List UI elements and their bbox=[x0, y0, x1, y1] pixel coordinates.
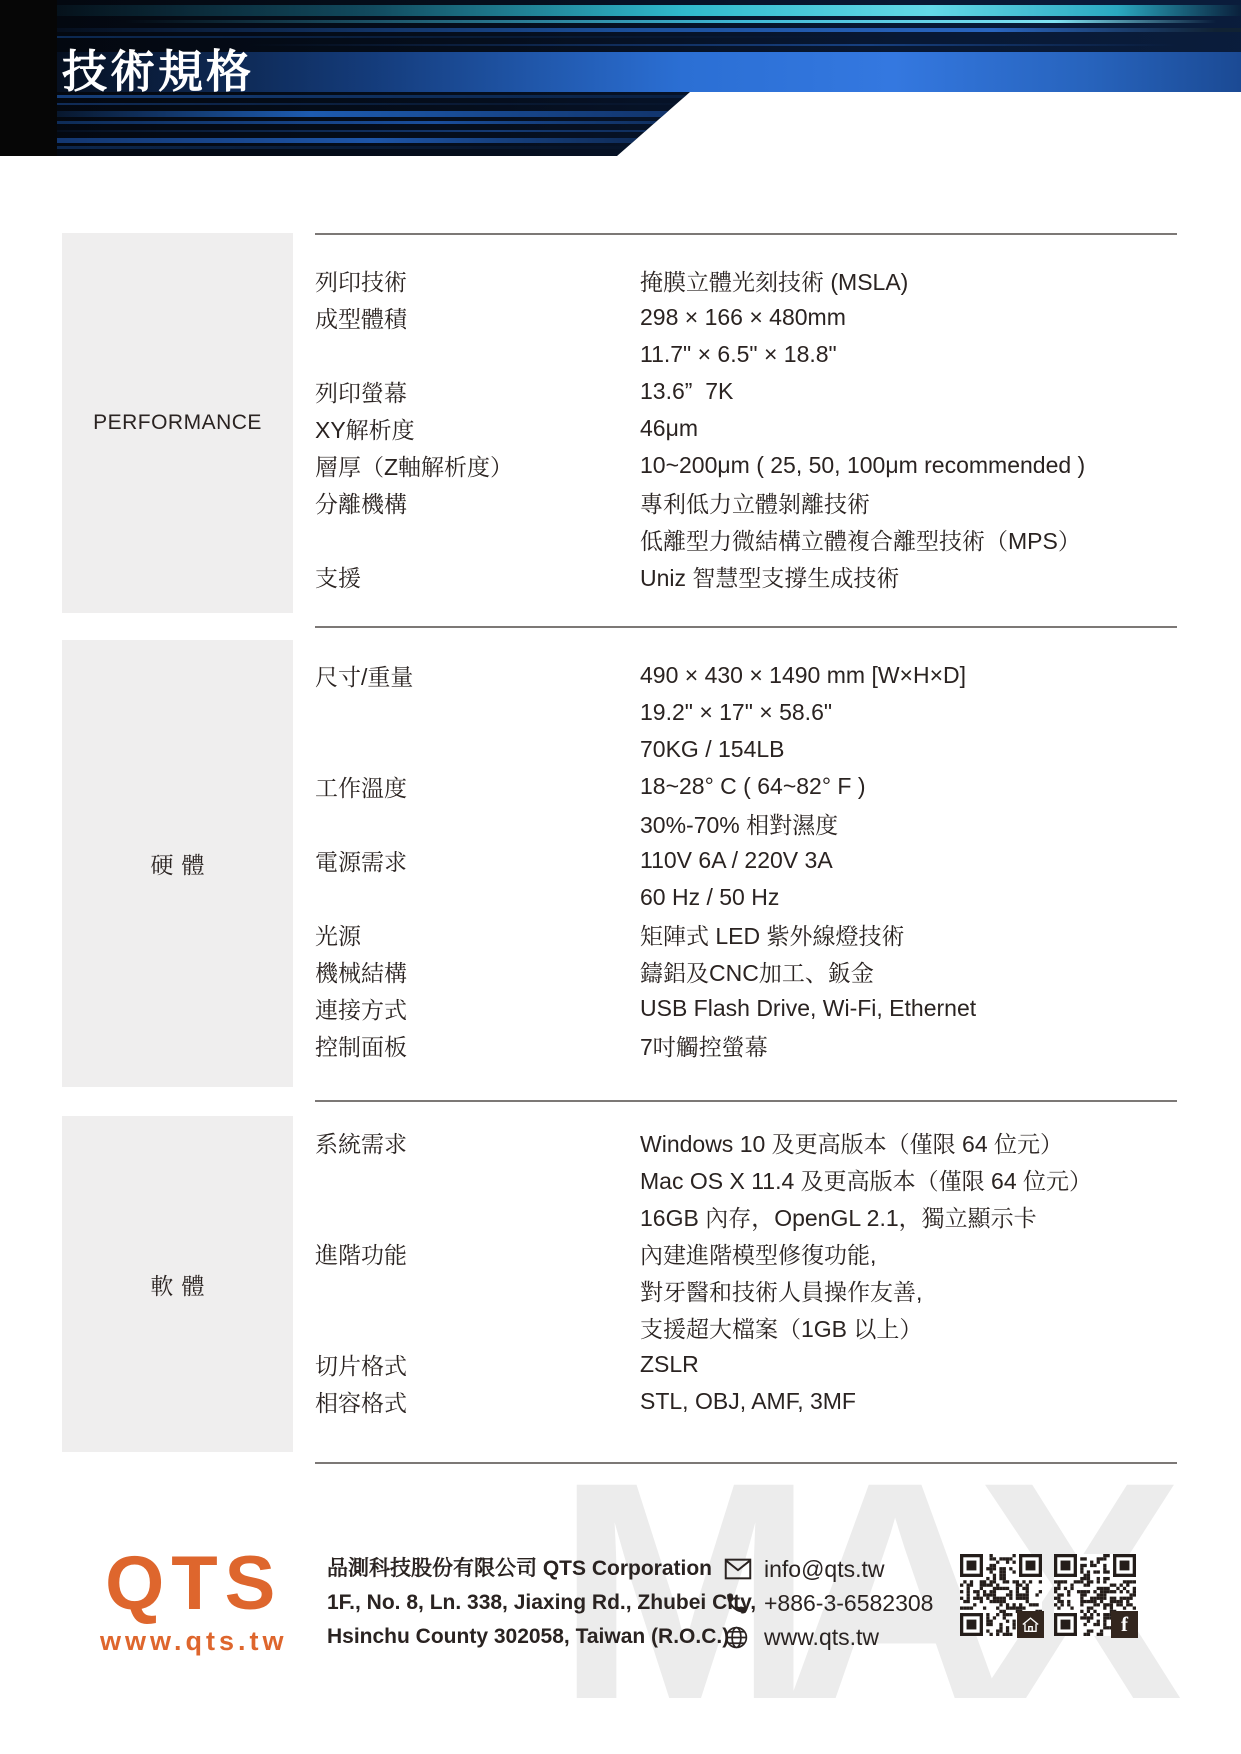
spec-row-value: 低離型力微結構立體複合離型技術（MPS） bbox=[640, 523, 1177, 556]
phone-icon bbox=[724, 1590, 752, 1616]
spec-row-value: 支援超大檔案（1GB 以上） bbox=[640, 1311, 1177, 1344]
spec-row-label: 尺寸/重量 bbox=[315, 659, 640, 692]
spec-row-value: Uniz 智慧型支撐生成技術 bbox=[640, 560, 1177, 593]
spec-row-value: 11.7" × 6.5" × 18.8" bbox=[640, 341, 1177, 368]
qr-code-facebook: f bbox=[1054, 1554, 1136, 1636]
contact-phone: +886-3-6582308 bbox=[764, 1590, 933, 1617]
section-divider bbox=[315, 1100, 1177, 1102]
spec-row-label: 機械結構 bbox=[315, 955, 640, 988]
banner-streak bbox=[0, 138, 1241, 143]
section-box-hardware: 硬體 bbox=[62, 640, 293, 1087]
banner-streak bbox=[0, 5, 1241, 16]
spec-row-value: 內建進階模型修復功能, bbox=[640, 1237, 1177, 1270]
spec-row-label: 光源 bbox=[315, 918, 640, 951]
contact-email: info@qts.tw bbox=[764, 1556, 885, 1583]
banner-streak bbox=[0, 130, 1241, 132]
spec-row-value: 矩陣式 LED 紫外線燈技術 bbox=[640, 918, 1177, 951]
section-divider bbox=[315, 233, 1177, 235]
spec-sheet-page: 技術規格 MAX PERFORMANCE 硬體 軟體 列印技術掩膜立體光刻技術 … bbox=[0, 0, 1241, 1754]
page-title: 技術規格 bbox=[62, 44, 254, 100]
company-address: 品測科技股份有限公司 QTS Corporation 1F., No. 8, L… bbox=[327, 1552, 756, 1654]
spec-row-value: 70KG / 154LB bbox=[640, 736, 1177, 763]
spec-row-value: 19.2" × 17" × 58.6" bbox=[640, 699, 1177, 726]
section-divider bbox=[315, 1462, 1177, 1464]
spec-row-value: STL, OBJ, AMF, 3MF bbox=[640, 1388, 1177, 1415]
company-name: 品測科技股份有限公司 QTS Corporation bbox=[327, 1552, 756, 1586]
globe-icon bbox=[724, 1624, 752, 1650]
spec-section-software: 系統需求Windows 10 及更高版本（僅限 64 位元）Mac OS X 1… bbox=[315, 1124, 1177, 1420]
spec-row-label: 分離機構 bbox=[315, 486, 640, 519]
spec-row-value: 60 Hz / 50 Hz bbox=[640, 884, 1177, 911]
spec-row-value: 7吋觸控螢幕 bbox=[640, 1029, 1177, 1062]
spec-row-label: 支援 bbox=[315, 560, 640, 593]
banner-streak bbox=[0, 111, 1241, 117]
facebook-icon: f bbox=[1111, 1611, 1138, 1638]
section-box-label: 硬體 bbox=[143, 847, 213, 880]
company-address-line1: 1F., No. 8, Ln. 338, Jiaxing Rd., Zhubei… bbox=[327, 1586, 756, 1620]
spec-row-value: 10~200μm ( 25, 50, 100μm recommended ) bbox=[640, 452, 1177, 479]
spec-row-label: XY解析度 bbox=[315, 412, 640, 445]
spec-row-label: 控制面板 bbox=[315, 1029, 640, 1062]
spec-row-label: 連接方式 bbox=[315, 992, 640, 1025]
section-box-label: PERFORMANCE bbox=[93, 411, 262, 435]
spec-row-value: ZSLR bbox=[640, 1351, 1177, 1378]
spec-section-performance: 列印技術掩膜立體光刻技術 (MSLA)成型體積298 × 166 × 480mm… bbox=[315, 262, 1177, 595]
contact-website: www.qts.tw bbox=[764, 1624, 879, 1651]
spec-row-value: USB Flash Drive, Wi-Fi, Ethernet bbox=[640, 995, 1177, 1022]
spec-row-value: 13.6” 7K bbox=[640, 378, 1177, 405]
spec-row-label: 成型體積 bbox=[315, 301, 640, 334]
contact-phone-row: +886-3-6582308 bbox=[724, 1586, 933, 1620]
section-box-label: 軟體 bbox=[143, 1268, 213, 1301]
spec-row-label: 列印螢幕 bbox=[315, 375, 640, 408]
spec-row-label: 相容格式 bbox=[315, 1385, 640, 1418]
spec-row-label: 進階功能 bbox=[315, 1237, 640, 1270]
spec-row-label: 系統需求 bbox=[315, 1126, 640, 1159]
spec-row-label: 切片格式 bbox=[315, 1348, 640, 1381]
banner-streak bbox=[0, 146, 1241, 149]
company-address-line2: Hsinchu County 302058, Taiwan (R.O.C.) bbox=[327, 1620, 756, 1654]
spec-row-value: 46μm bbox=[640, 415, 1177, 442]
banner-streak bbox=[0, 20, 1241, 23]
spec-section-hardware: 尺寸/重量490 × 430 × 1490 mm [W×H×D]19.2" × … bbox=[315, 657, 1177, 1064]
banner-streak bbox=[0, 28, 1241, 32]
contact-email-row: info@qts.tw bbox=[724, 1552, 933, 1586]
spec-row-value: 鑄鋁及CNC加工、鈑金 bbox=[640, 955, 1177, 988]
spec-row-value: 490 × 430 × 1490 mm [W×H×D] bbox=[640, 662, 1177, 689]
spec-row-value: 16GB 內存，OpenGL 2.1，獨立顯示卡 bbox=[640, 1200, 1177, 1233]
spec-row-value: 對牙醫和技術人員操作友善, bbox=[640, 1274, 1177, 1307]
spec-row-value: 110V 6A / 220V 3A bbox=[640, 847, 1177, 874]
banner-left-shade bbox=[0, 0, 57, 156]
spec-row-value: Windows 10 及更高版本（僅限 64 位元） bbox=[640, 1126, 1177, 1159]
banner-streak bbox=[0, 103, 1241, 105]
qr-code-website bbox=[960, 1554, 1042, 1636]
contact-block: info@qts.tw +886-3-6582308 www.qts.tw bbox=[724, 1552, 933, 1654]
spec-row-label: 層厚（Z軸解析度） bbox=[315, 449, 640, 482]
spec-row-value: Mac OS X 11.4 及更高版本（僅限 64 位元） bbox=[640, 1163, 1177, 1196]
spec-row-value: 18~28° C ( 64~82° F ) bbox=[640, 773, 1177, 800]
spec-row-value: 掩膜立體光刻技術 (MSLA) bbox=[640, 264, 1177, 297]
spec-row-label: 電源需求 bbox=[315, 844, 640, 877]
footer: QTS www.qts.tw 品測科技股份有限公司 QTS Corporatio… bbox=[0, 1540, 1241, 1754]
banner-streak bbox=[0, 121, 1241, 124]
spec-row-value: 30%-70% 相對濕度 bbox=[640, 807, 1177, 840]
spec-row-label: 列印技術 bbox=[315, 264, 640, 297]
spec-row-label: 工作溫度 bbox=[315, 770, 640, 803]
banner-streak bbox=[0, 36, 1241, 38]
spec-row-value: 298 × 166 × 480mm bbox=[640, 304, 1177, 331]
contact-website-row: www.qts.tw bbox=[724, 1620, 933, 1654]
qts-logo-url: www.qts.tw bbox=[100, 1626, 288, 1657]
home-icon bbox=[1017, 1611, 1044, 1638]
envelope-icon bbox=[724, 1556, 752, 1582]
spec-row-value: 專利低力立體剝離技術 bbox=[640, 486, 1177, 519]
section-divider bbox=[315, 626, 1177, 628]
qts-logo-text: QTS bbox=[100, 1546, 288, 1622]
section-box-software: 軟體 bbox=[62, 1116, 293, 1452]
qts-logo: QTS www.qts.tw bbox=[100, 1546, 288, 1657]
section-box-performance: PERFORMANCE bbox=[62, 233, 293, 613]
